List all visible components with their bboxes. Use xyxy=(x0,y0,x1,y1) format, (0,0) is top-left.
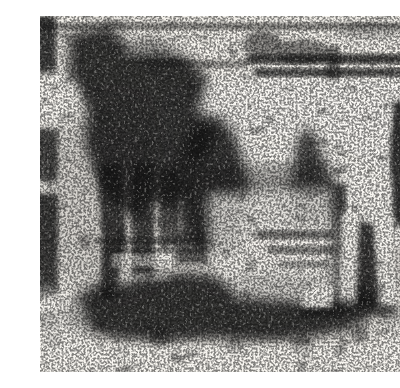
grain-white-overlay xyxy=(40,16,400,372)
photo-svg xyxy=(40,16,400,372)
halftone-photo xyxy=(40,16,400,372)
